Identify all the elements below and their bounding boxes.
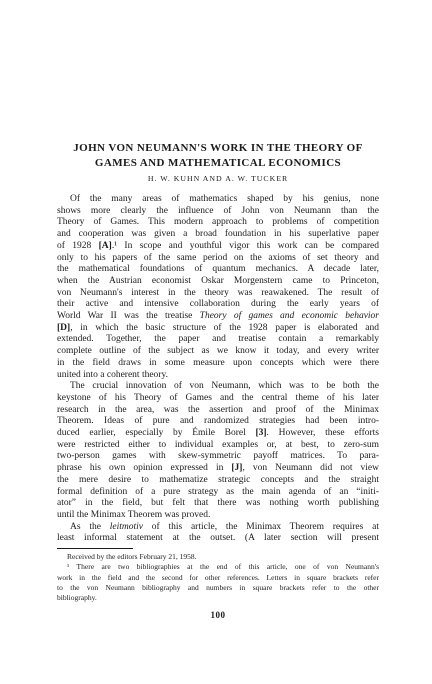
body-line: [D], in which the basic structure of the… [57,323,379,335]
body-line: their active and intensive collaboration… [57,299,379,311]
paragraph: The crucial innovation of von Neumann, w… [57,381,379,521]
body-line: were restricted either to individual exa… [57,440,379,452]
paragraph: Of the many areas of mathematics shaped … [57,194,379,381]
document-page: JOHN VON NEUMANN'S WORK IN THE THEORY OF… [0,0,432,684]
authors-line: H. W. KUHN AND A. W. TUCKER [57,174,379,183]
body-line: ator” in the field, but felt that there … [57,498,379,510]
body-line: when the Austrian economist Oskar Morgen… [57,276,379,288]
body-line: formal definition of a pure strategy as … [57,487,379,499]
body-line: in the field draws in some measure upon … [57,358,379,370]
body-line: shows more clearly the influence of John… [57,206,379,218]
body-line: research in the area, was the assertion … [57,405,379,417]
body-line: Theorem. Ideas of pure and randomized st… [57,416,379,428]
title-line-2: GAMES AND MATHEMATICAL ECONOMICS [57,156,379,171]
body-line: two-person games with skew-symmetric pay… [57,451,379,463]
body-line: united into a coherent theory. [57,370,379,382]
body-line: and cooperation was given a broad founda… [57,229,379,241]
text-column: JOHN VON NEUMANN'S WORK IN THE THEORY OF… [57,141,379,620]
body-line: Of the many areas of mathematics shaped … [57,194,379,206]
body-line: keystone of his Theory of Games and the … [57,393,379,405]
body-line: of 1928 [A].¹ In scope and youthful vigo… [57,241,379,253]
article-title: JOHN VON NEUMANN'S WORK IN THE THEORY OF… [57,141,379,171]
body-line: only to his papers of the same period on… [57,253,379,265]
body-line: the mere desire to mathematize strategic… [57,475,379,487]
article-body: Of the many areas of mathematics shaped … [57,194,379,545]
footnote-line: bibliography. [57,593,379,603]
footnote-line: to the von Neumann bibliography and numb… [57,583,379,593]
page-number: 100 [57,610,379,620]
footnote-line: work in the field and the second for oth… [57,573,379,583]
body-line: the mathematical foundations of quantum … [57,264,379,276]
body-line: duced earlier, especially by Émile Borel… [57,428,379,440]
footnote-line: ¹ There are two bibliographies at the en… [57,562,379,572]
title-line-1: JOHN VON NEUMANN'S WORK IN THE THEORY OF [57,141,379,156]
body-line: phrase his own opinion expressed in [J],… [57,463,379,475]
footnote-line: Received by the editors February 21, 195… [57,552,379,562]
body-line: von Neumann's interest in the theory was… [57,288,379,300]
body-line: complete outline of the subject as we kn… [57,346,379,358]
body-line: World War II was the treatise Theory of … [57,311,379,323]
body-line: As the leitmotiv of this article, the Mi… [57,522,379,534]
body-line: least informal statement at the outset. … [57,533,379,545]
footnotes: Received by the editors February 21, 195… [57,552,379,603]
body-line: The crucial innovation of von Neumann, w… [57,381,379,393]
body-line: Theory of Games. This modern approach to… [57,217,379,229]
body-line: extended. Together, the paper and treati… [57,334,379,346]
body-line: until the Minimax Theorem was proved. [57,510,379,522]
paragraph: As the leitmotiv of this article, the Mi… [57,522,379,545]
footnote-rule [57,548,133,549]
